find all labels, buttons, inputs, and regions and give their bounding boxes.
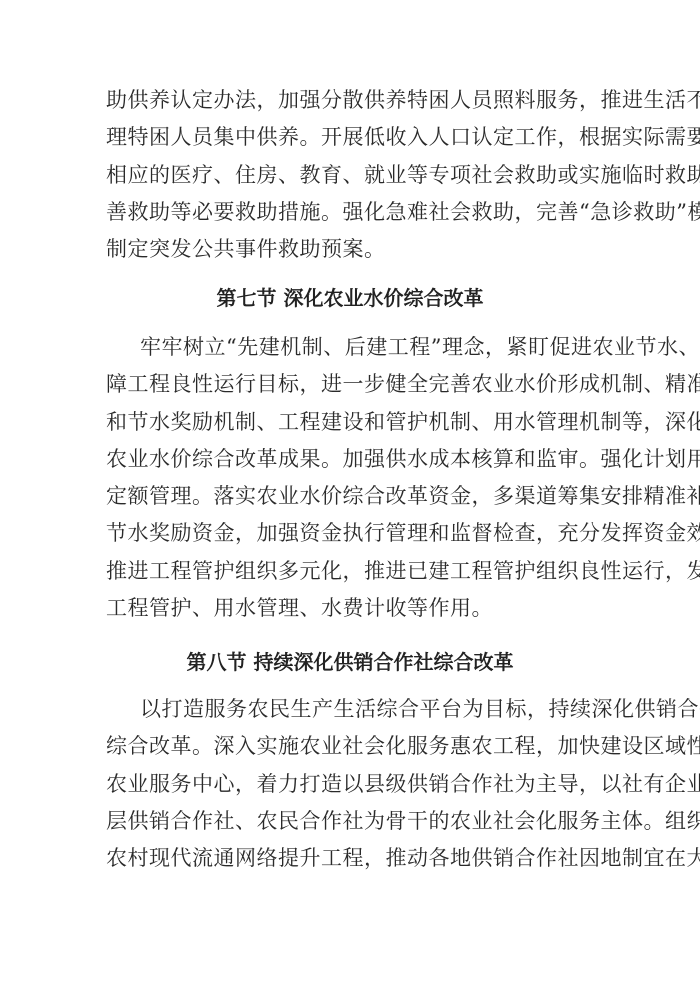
- paragraph-line: 障工程良性运行目标，进一步健全完善农业水价形成机制、精准补贴: [106, 366, 596, 403]
- paragraph-line: 制定突发公共事件救助预案。: [106, 231, 596, 268]
- paragraph-line: 和节水奖励机制、工程建设和管护机制、用水管理机制等，深化巩固: [106, 404, 596, 441]
- paragraph-line: 综合改革。深入实施农业社会化服务惠农工程，加快建设区域性现代: [106, 728, 596, 765]
- paragraph-line: 善救助等必要救助措施。强化急难社会救助，完善“急诊救助”模式，: [106, 194, 596, 231]
- section-7-paragraph: 牢牢树立“先建机制、后建工程”理念，紧盯促进农业节水、保 障工程良性运行目标，进…: [106, 329, 596, 627]
- section-heading-7: 第七节 深化农业水价综合改革: [0, 283, 700, 313]
- document-page: 助供养认定办法，加强分散供养特困人员照料服务，推进生活不能自 理特困人员集中供养…: [0, 0, 700, 990]
- paragraph-line: 农村现代流通网络提升工程，推动各地供销合作社因地制宜在大中城: [106, 840, 596, 877]
- paragraph-line: 牢牢树立“先建机制、后建工程”理念，紧盯促进农业节水、保: [106, 329, 596, 366]
- section-heading-8: 第八节 持续深化供销合作社综合改革: [0, 647, 700, 677]
- paragraph-line: 工程管护、用水管理、水费计收等作用。: [106, 590, 596, 627]
- paragraph-line: 以打造服务农民生产生活综合平台为目标，持续深化供销合作社: [106, 691, 596, 728]
- paragraph-line: 农业水价综合改革成果。加强供水成本核算和监审。强化计划用水、: [106, 441, 596, 478]
- section-8-paragraph: 以打造服务农民生产生活综合平台为目标，持续深化供销合作社 综合改革。深入实施农业…: [106, 691, 596, 877]
- paragraph-line: 助供养认定办法，加强分散供养特困人员照料服务，推进生活不能自: [106, 82, 596, 119]
- paragraph-line: 相应的医疗、住房、教育、就业等专项社会救助或实施临时救助、慈: [106, 157, 596, 194]
- paragraph-line: 节水奖励资金，加强资金执行管理和监督检查，充分发挥资金效益。: [106, 515, 596, 552]
- paragraph-line: 理特困人员集中供养。开展低收入人口认定工作，根据实际需要给予: [106, 119, 596, 156]
- paragraph-line: 层供销合作社、农民合作社为骨干的农业社会化服务主体。组织实施: [106, 803, 596, 840]
- continuation-paragraph: 助供养认定办法，加强分散供养特困人员照料服务，推进生活不能自 理特困人员集中供养…: [106, 82, 596, 268]
- paragraph-line: 定额管理。落实农业水价综合改革资金，多渠道筹集安排精准补贴和: [106, 478, 596, 515]
- paragraph-line: 农业服务中心，着力打造以县级供销合作社为主导，以社有企业、基: [106, 766, 596, 803]
- paragraph-line: 推进工程管护组织多元化，推进已建工程管护组织良性运行，发挥好: [106, 553, 596, 590]
